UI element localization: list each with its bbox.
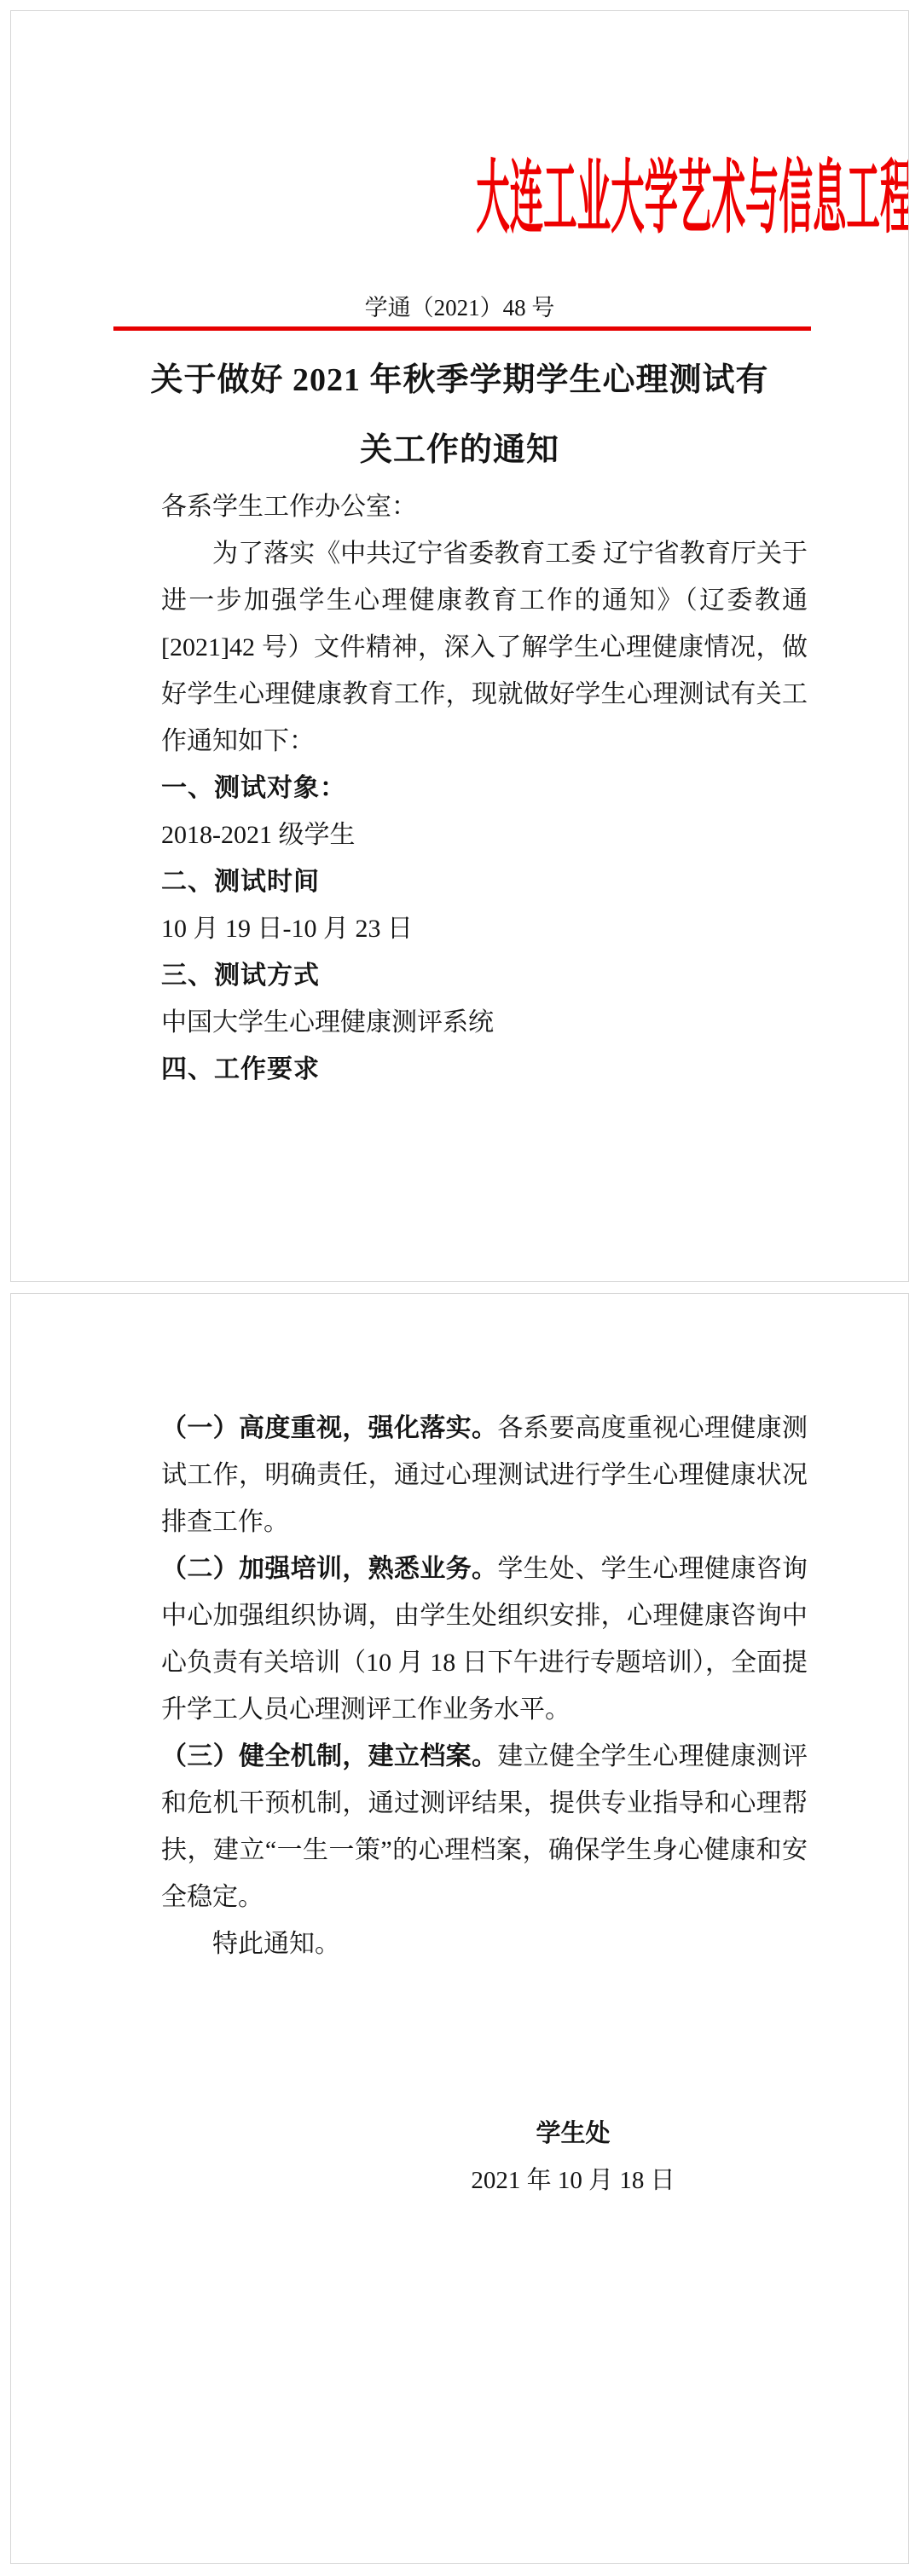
doc-number: 学通（2021）48 号 [11, 293, 908, 322]
requirement-2-lead: （二）加强培训，熟悉业务。 [161, 1555, 497, 1583]
requirement-1: （一）高度重视，强化落实。各系要高度重视心理健康测试工作，明确责任，通过心理测试… [161, 1405, 808, 1545]
requirement-3: （三）健全机制，建立档案。建立健全学生心理健康测评和危机干预机制，通过测评结果，… [161, 1733, 808, 1920]
requirement-1-lead: （一）高度重视，强化落实。 [161, 1414, 497, 1442]
notice-title-line2: 关工作的通知 [11, 415, 908, 485]
red-divider-line [113, 326, 811, 331]
closing-line: 特此通知。 [161, 1920, 808, 1967]
page1-body: 各系学生工作办公室： 为了落实《中共辽宁省委教育工委 辽宁省教育厅关于进一步加强… [161, 483, 808, 1093]
sign-date: 2021 年 10 月 18 日 [236, 2157, 909, 2204]
value-test-method: 中国大学生心理健康测评系统 [161, 999, 808, 1046]
letterhead-title: 大连工业大学艺术与信息工程学院学生工作处 [476, 154, 909, 243]
value-test-time: 10 月 19 日-10 月 23 日 [161, 905, 808, 952]
heading-test-subjects: 一、测试对象： [161, 765, 808, 811]
requirement-3-lead: （三）健全机制，建立档案。 [161, 1742, 497, 1770]
value-test-subjects: 2018-2021 级学生 [161, 811, 808, 858]
letterhead: 大连工业大学艺术与信息工程学院学生工作处 [11, 154, 908, 243]
requirement-2: （二）加强培训，熟悉业务。学生处、学生心理健康咨询中心加强组织协调，由学生处组织… [161, 1545, 808, 1733]
notice-title-line1: 关于做好 2021 年秋季学期学生心理测试有 [11, 345, 908, 415]
notice-title: 关于做好 2021 年秋季学期学生心理测试有 关工作的通知 [11, 345, 908, 485]
signature-block: 学生处 2021 年 10 月 18 日 [236, 2111, 909, 2204]
page-1: 大连工业大学艺术与信息工程学院学生工作处 学通（2021）48 号 关于做好 2… [10, 10, 909, 1282]
heading-work-requirements: 四、工作要求 [161, 1046, 808, 1093]
intro-paragraph: 为了落实《中共辽宁省委教育工委 辽宁省教育厅关于进一步加强学生心理健康教育工作的… [161, 530, 808, 765]
signer: 学生处 [236, 2111, 909, 2157]
heading-test-time: 二、测试时间 [161, 858, 808, 905]
page2-body: （一）高度重视，强化落实。各系要高度重视心理健康测试工作，明确责任，通过心理测试… [161, 1405, 808, 1967]
page-2: （一）高度重视，强化落实。各系要高度重视心理健康测试工作，明确责任，通过心理测试… [10, 1293, 909, 2564]
salutation: 各系学生工作办公室： [161, 483, 808, 530]
heading-test-method: 三、测试方式 [161, 952, 808, 999]
